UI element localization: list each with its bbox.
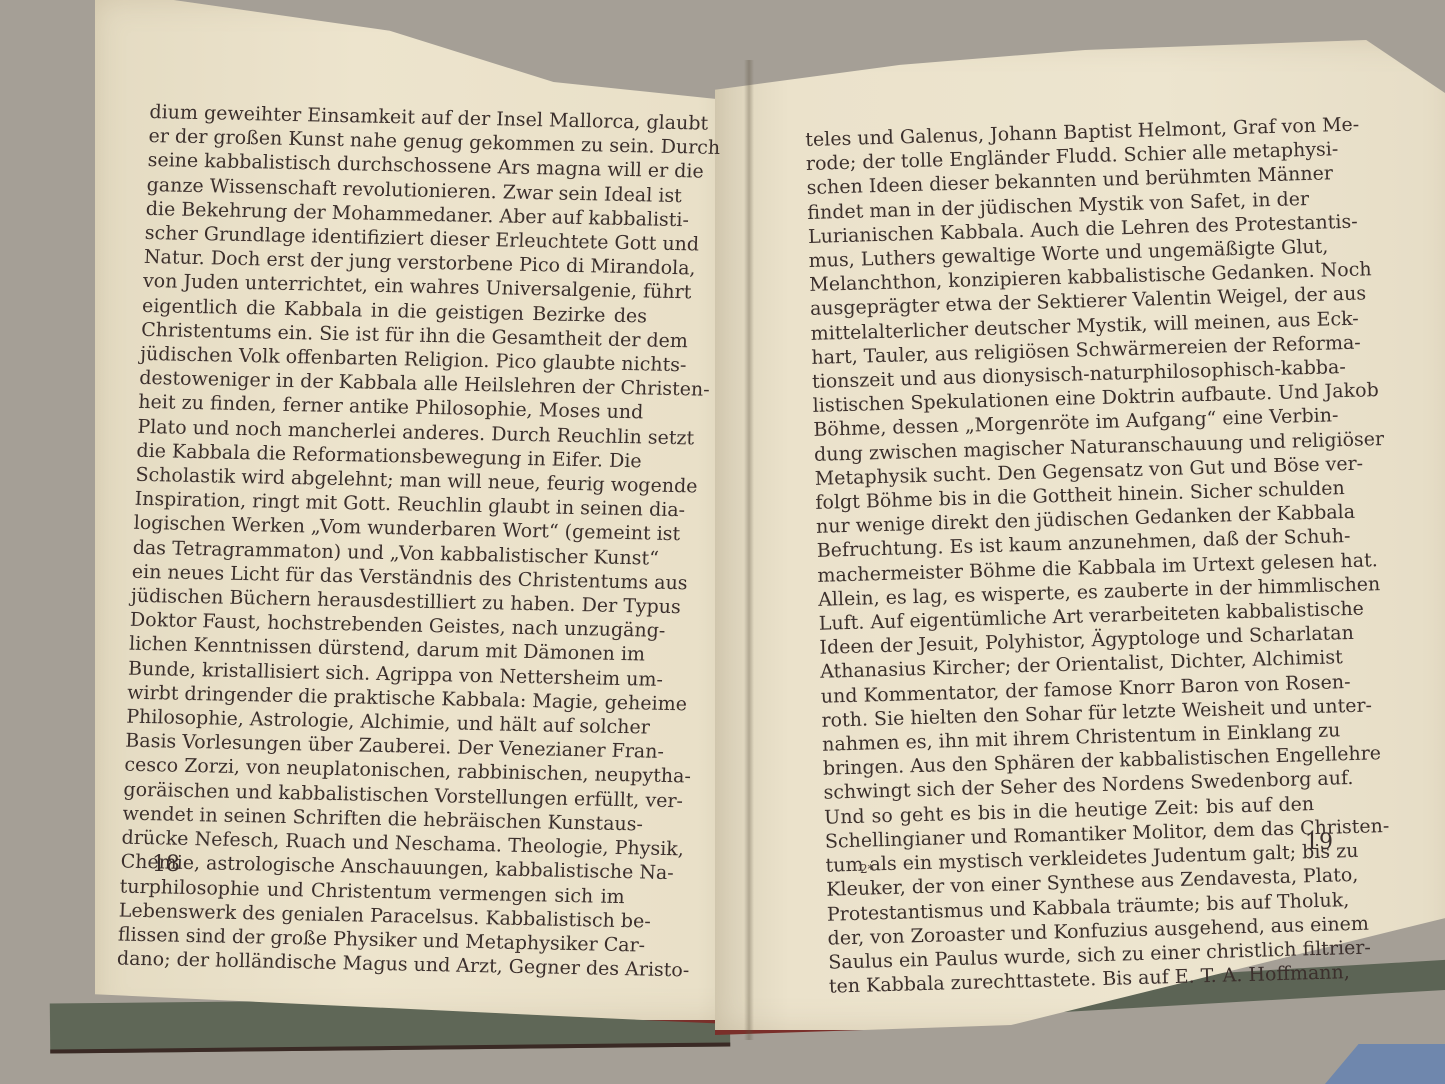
left-page-text: dium geweihter Einsamkeit auf der Insel … [117,100,655,981]
left-page-number: 18 [152,852,180,877]
right-page-text: teles und Galenus, Johann Baptist Helmon… [805,114,1319,999]
blue-object-corner [1325,1044,1445,1084]
signature-mark: 2* [860,862,874,876]
book-gutter [744,60,754,1040]
right-page-number: 19 [1305,830,1333,855]
